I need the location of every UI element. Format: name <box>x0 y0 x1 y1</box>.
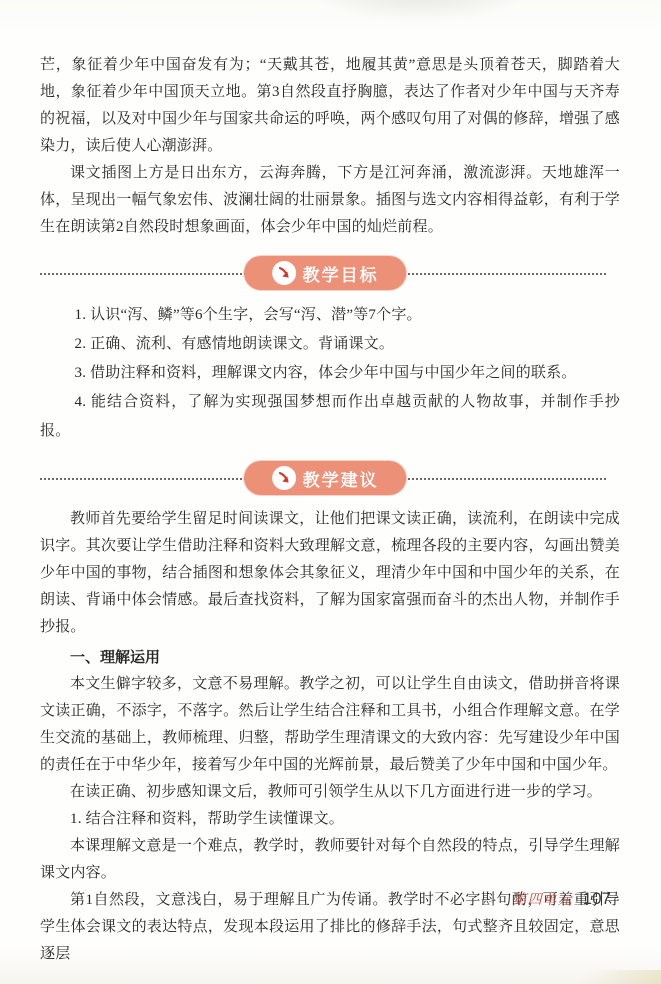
objective-item: 2. 正确、流利、有感情地朗读课文。背诵课文。 <box>40 330 620 359</box>
subsection-paragraph: 本课理解文意是一个难点，教学时，教师要针对每个自然段的特点，引导学生理解课文内容… <box>40 833 620 887</box>
subsection-paragraph: 在读正确、初步感知课文后，教师可引领学生从以下几方面进行进一步的学习。 <box>40 779 620 806</box>
suggestions-overview-paragraph: 教师首先要给学生留足时间读课文，让他们把课文读正确，读流利，在朗读中完成识字。其… <box>40 506 620 641</box>
scan-smudge-artifact <box>310 0 530 24</box>
down-right-arrow-icon <box>272 261 296 285</box>
book-page: 芒，象征着少年中国奋发有为；“天戴其苍，地履其黄”意思是头顶着苍天，脚踏着大地，… <box>0 0 661 984</box>
section-banner-teaching-suggestions: 教学建议 <box>40 461 620 495</box>
objectives-list: 1. 认识“泻、鳞”等6个生字，会写“泻、潜”等7个字。 2. 正确、流利、有感… <box>40 301 620 446</box>
objective-item: 3. 借助注释和资料，理解课文内容，体会少年中国与中国少年之间的联系。 <box>40 359 620 388</box>
subsection-paragraph: 本文生僻字较多，文意不易理解。教学之初，可以让学生自由读文，借助拼音将课文读正确… <box>40 671 620 779</box>
section-banner-teaching-objectives: 教学目标 <box>40 256 620 290</box>
subsection-numbered-point: 1. 结合注释和资料，帮助学生读懂课文。 <box>40 806 620 833</box>
down-right-arrow-icon <box>272 466 296 490</box>
scan-corner-artifact <box>531 970 661 984</box>
objective-item: 4. 能结合资料，了解为实现强国梦想而作出卓越贡献的人物故事，并制作手抄报。 <box>40 388 620 446</box>
intro-paragraph-continued: 芒，象征着少年中国奋发有为；“天戴其苍，地履其黄”意思是头顶着苍天，脚踏着大地，… <box>40 52 620 160</box>
banner-label: 教学目标 <box>303 261 379 286</box>
page-number: 107 <box>583 889 611 909</box>
intro-paragraph-illustration: 课文插图上方是日出东方，云海奔腾，下方是江河奔涌，激流澎湃。天地雄浑一体，呈现出… <box>40 160 620 241</box>
banner-pill: 教学建议 <box>244 461 406 495</box>
page-content: 芒，象征着少年中国奋发有为；“天戴其苍，地履其黄”意思是头顶着苍天，脚踏着大地，… <box>40 52 620 968</box>
unit-label: 第四单元 <box>513 889 573 909</box>
objective-item: 1. 认识“泻、鳞”等6个生字，会写“泻、潜”等7个字。 <box>40 301 620 330</box>
subsection-heading: 一、理解运用 <box>40 644 620 671</box>
banner-pill: 教学目标 <box>244 256 406 290</box>
banner-label: 教学建议 <box>303 466 379 491</box>
page-footer: 第四单元 107 <box>513 889 611 909</box>
